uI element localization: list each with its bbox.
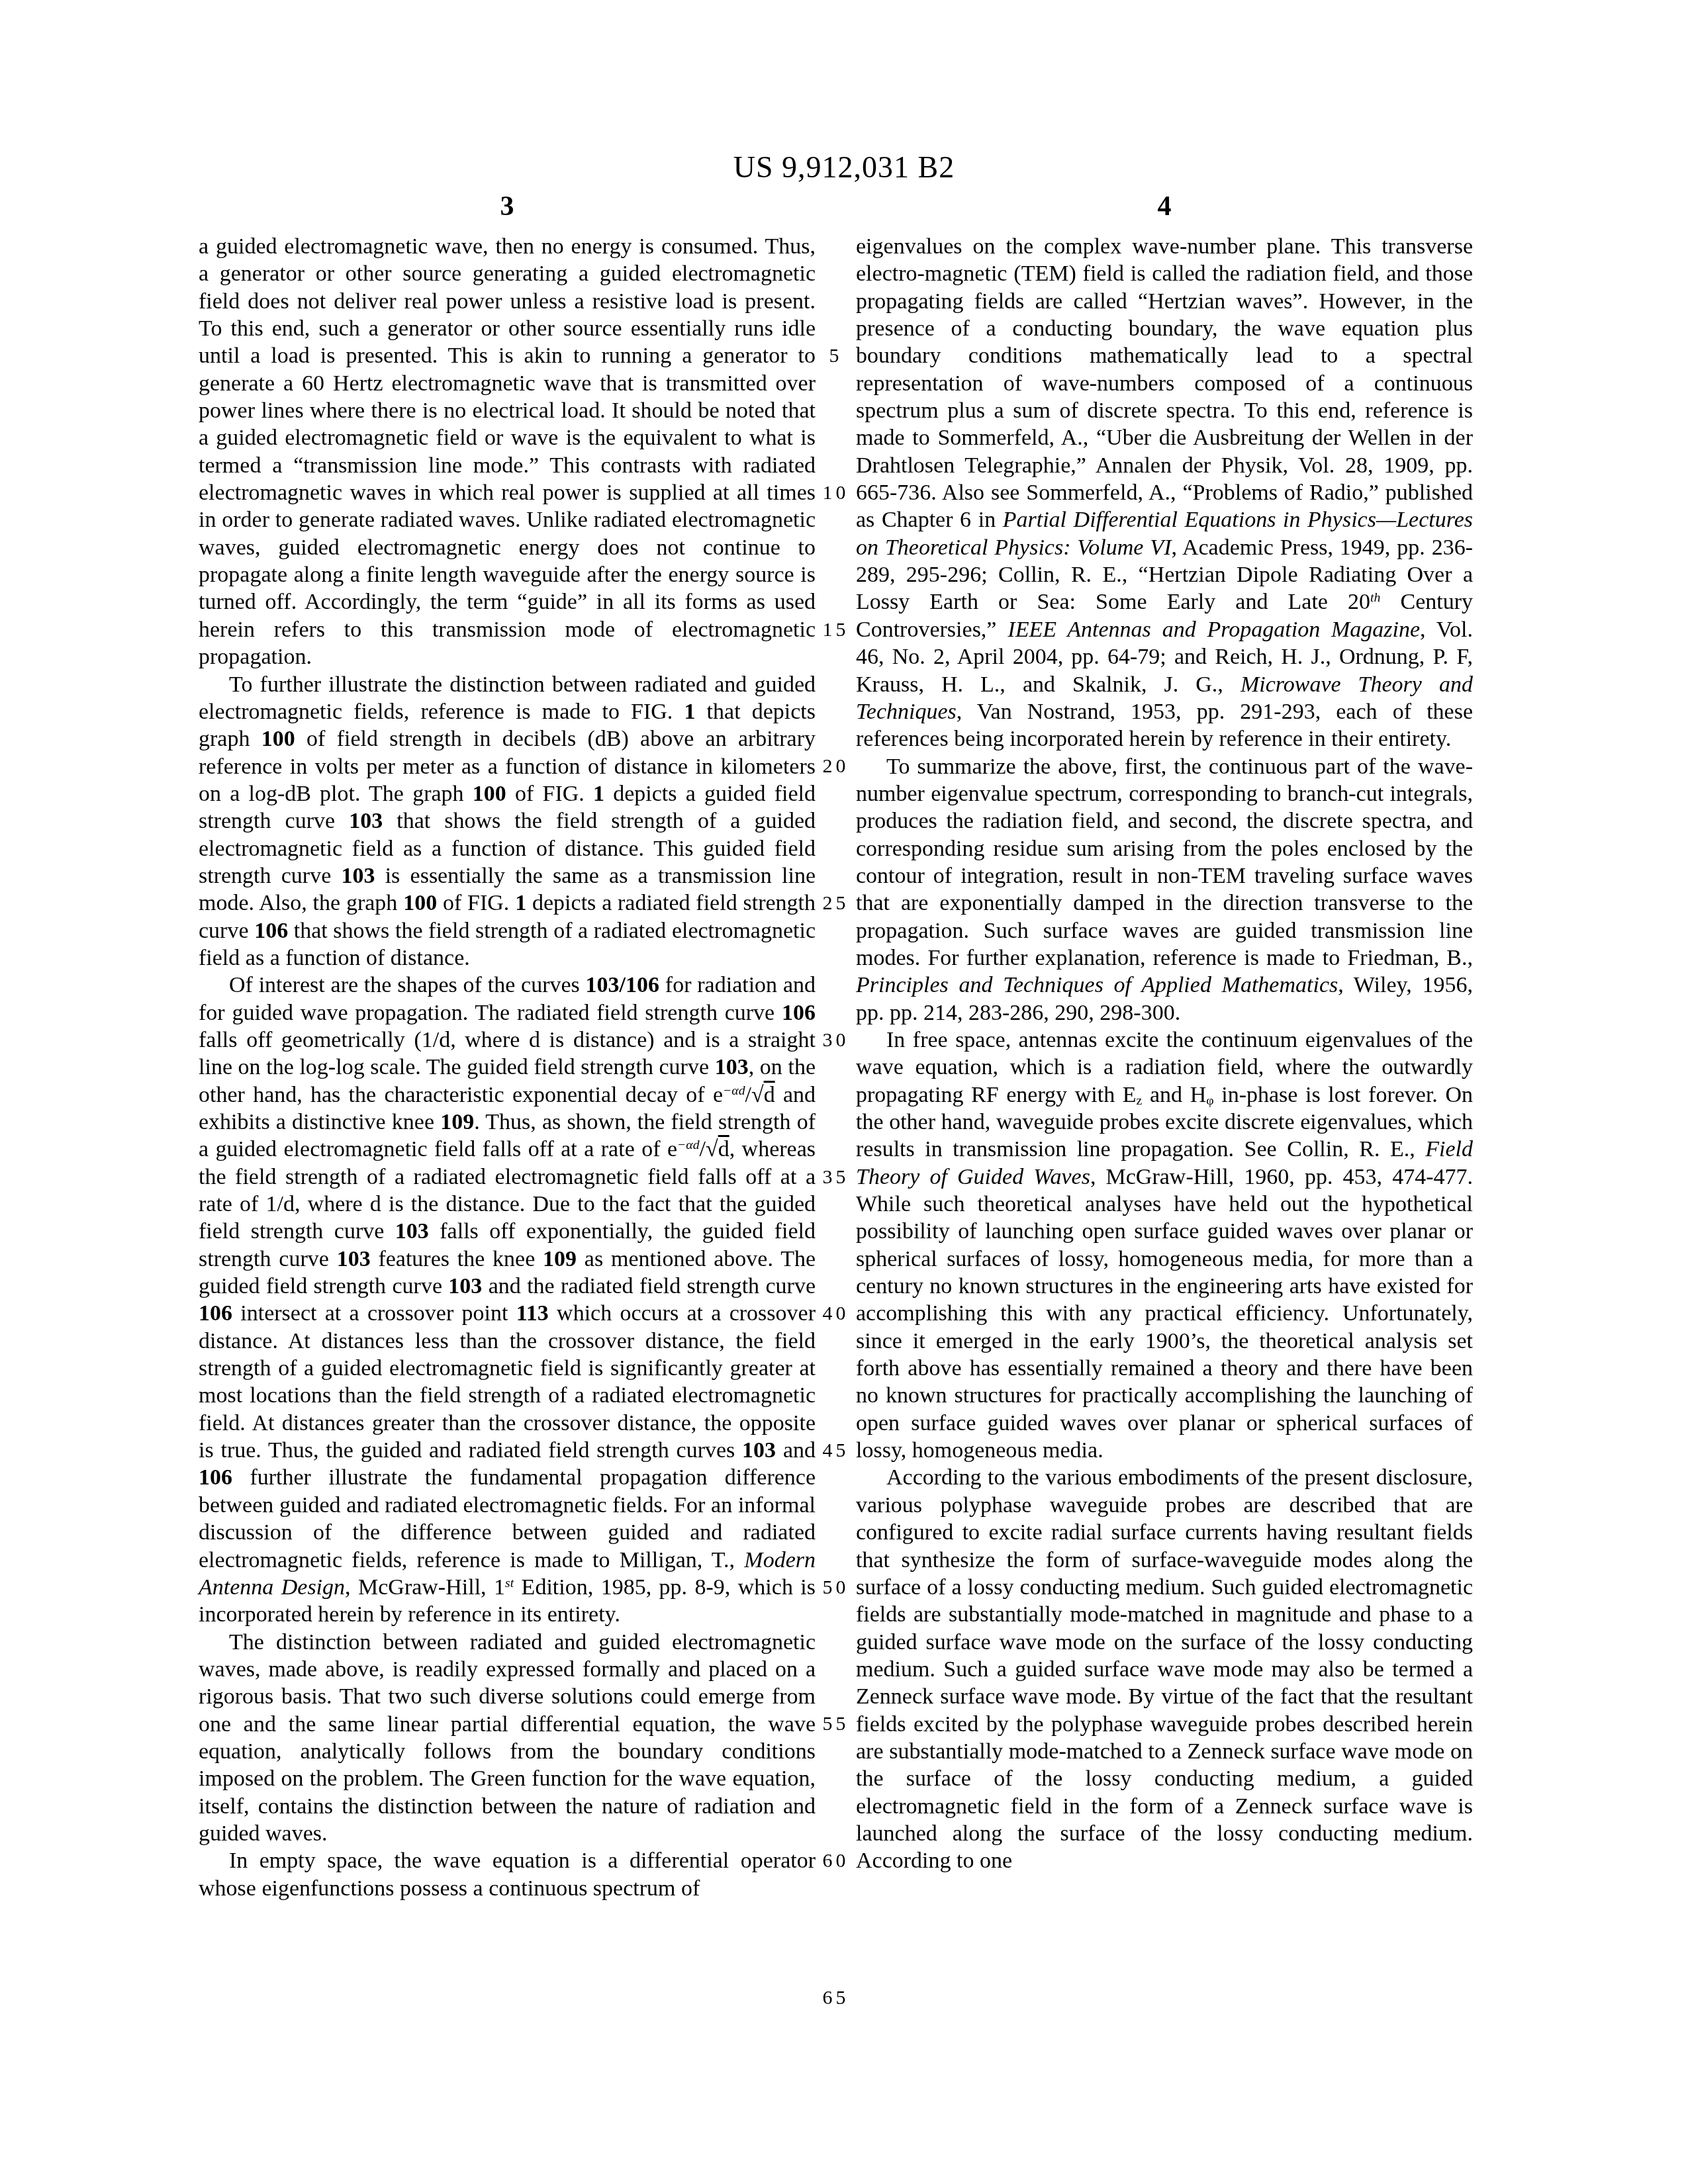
line-number: 25 [816, 889, 856, 917]
column-number-right: 4 [856, 191, 1473, 222]
line-number: 50 [816, 1574, 856, 1601]
paragraph: eigenvalues on the complex wave-number p… [856, 233, 1473, 753]
line-number: 35 [816, 1163, 856, 1191]
line-number: 10 [816, 479, 856, 506]
line-number: 30 [816, 1026, 856, 1054]
line-number: 40 [816, 1300, 856, 1327]
paragraph: To summarize the above, first, the conti… [856, 753, 1473, 1026]
line-number: 5 [816, 342, 856, 369]
line-number: 55 [816, 1710, 856, 1737]
patent-number-header: US 9,912,031 B2 [0, 150, 1688, 185]
paragraph: Of interest are the shapes of the curves… [199, 972, 816, 1628]
paragraph: a guided electromagnetic wave, then no e… [199, 233, 816, 671]
line-number: 60 [816, 1847, 856, 1874]
line-number: 65 [816, 1984, 856, 2011]
paragraph: According to the various embodiments of … [856, 1464, 1473, 1874]
column-left: a guided electromagnetic wave, then no e… [199, 233, 816, 1902]
column-right: eigenvalues on the complex wave-number p… [856, 233, 1473, 1875]
line-number-gutter: 5101520253035404550556065 [816, 233, 856, 2073]
paragraph: The distinction between radiated and gui… [199, 1629, 816, 1848]
patent-page: US 9,912,031 B2 3 4 a guided electromagn… [0, 0, 1688, 2184]
paragraph: In empty space, the wave equation is a d… [199, 1847, 816, 1902]
line-number: 15 [816, 616, 856, 643]
line-number: 20 [816, 752, 856, 780]
column-number-left: 3 [199, 191, 816, 222]
paragraph: In free space, antennas excite the conti… [856, 1026, 1473, 1465]
paragraph: To further illustrate the distinction be… [199, 671, 816, 972]
line-number: 45 [816, 1437, 856, 1464]
